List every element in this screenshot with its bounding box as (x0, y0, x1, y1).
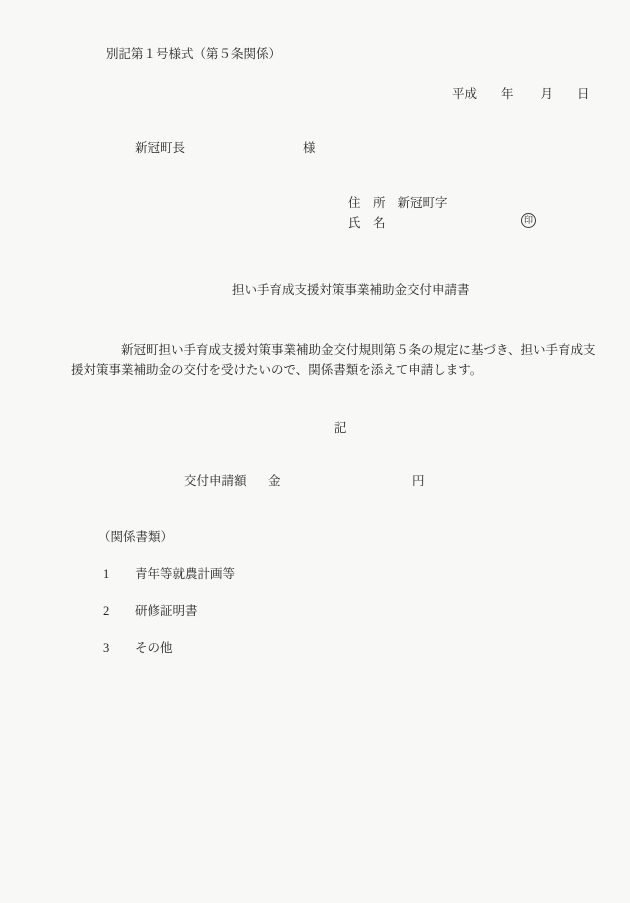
attachment-item-label: 青年等就農計画等 (135, 567, 235, 581)
body-line-1: 新冠町担い手育成支援対策事業補助金交付規則第５条の規定に基づき、担い手育成支 (71, 340, 591, 360)
attachment-item-label: その他 (135, 641, 173, 655)
date-year-label: 年 (501, 87, 514, 101)
attachment-item: 3その他 (103, 640, 173, 656)
attachment-item: 2研修証明書 (103, 603, 198, 619)
amount-currency-prefix: 金 (268, 473, 281, 489)
addressee-line: 新冠町長様 (135, 140, 316, 156)
date-month-label: 月 (541, 87, 554, 101)
date-line: 平成年月日 (452, 86, 590, 102)
attachment-item-number: 1 (103, 566, 135, 582)
body-line-2: 援対策事業補助金の交付を受けたいので、関係書類を添えて申請します。 (71, 360, 591, 380)
attachment-item-label: 研修証明書 (135, 604, 198, 618)
applicant-address-line: 住 所新冠町字 (348, 195, 448, 211)
address-label: 住 所 (348, 196, 386, 210)
document-page: 別記第１号様式（第５条関係） 平成年月日 新冠町長様 住 所新冠町字 氏 名 印… (0, 0, 630, 903)
form-number: 別記第１号様式（第５条関係） (106, 46, 281, 62)
document-title: 担い手育成支援対策事業補助金交付申請書 (232, 282, 470, 298)
body-paragraph: 新冠町担い手育成支援対策事業補助金交付規則第５条の規定に基づき、担い手育成支 援… (71, 340, 591, 380)
attachments-heading: （関係書類） (98, 529, 173, 545)
seal-icon: 印 (521, 213, 536, 228)
applicant-name-label: 氏 名 (348, 215, 386, 231)
date-era: 平成 (452, 87, 477, 101)
addressee-honorific: 様 (303, 141, 316, 155)
addressee-title: 新冠町長 (135, 141, 185, 155)
date-day-label: 日 (577, 87, 590, 101)
attachment-item-number: 2 (103, 603, 135, 619)
amount-label: 交付申請額 (184, 473, 247, 489)
amount-unit: 円 (412, 473, 425, 489)
attachment-item: 1青年等就農計画等 (103, 566, 235, 582)
record-heading: 記 (334, 420, 347, 436)
attachment-item-number: 3 (103, 640, 135, 656)
address-value: 新冠町字 (398, 196, 448, 210)
